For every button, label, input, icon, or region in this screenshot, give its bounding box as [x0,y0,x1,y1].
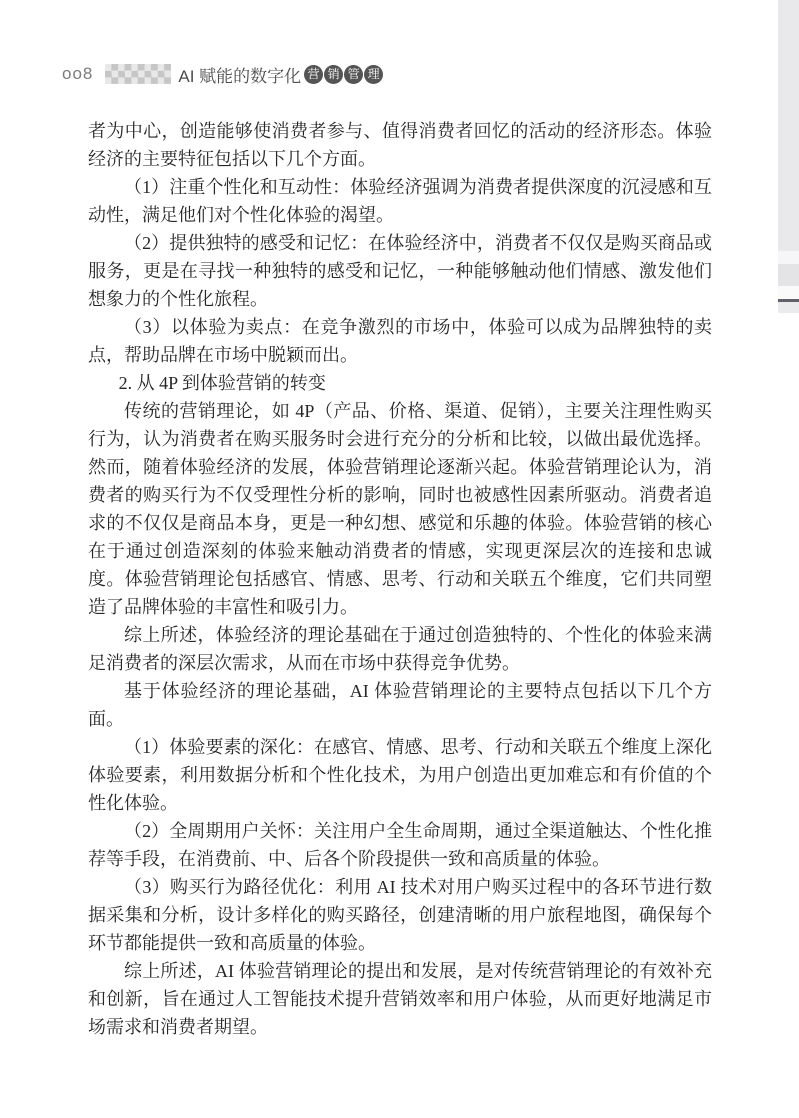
paragraph: （3）购买行为路径优化：利用 AI 技术对用户购买过程中的各环节进行数据采集和分… [88,873,712,957]
paragraph: （2）全周期用户关怀：关注用户全生命周期，通过全渠道触达、个性化推荐等手段，在消… [88,817,712,873]
body-text: 者为中心，创造能够使消费者参与、值得消费者回忆的活动的经济形态。体验经济的主要特… [88,117,712,1041]
paragraph: 基于体验经济的理论基础，AI 体验营销理论的主要特点包括以下几个方面。 [88,677,712,733]
page-edge-band [778,286,799,299]
paragraph: 2. 从 4P 到体验营销的转变 [88,369,712,397]
paragraph: 传统的营销理论，如 4P（产品、价格、渠道、促销），主要关注理性购买行为，认为消… [88,397,712,621]
book-page: oo8 AI 赋能的数字化营销管理 者为中心，创造能够使消费者参与、值得消费者回… [0,0,799,1118]
title-badge-icon: 营 [304,65,323,84]
book-title-badges: 营销管理 [303,65,383,84]
title-badge-icon: 理 [364,65,383,84]
paragraph: （1）注重个性化和互动性：体验经济强调为消费者提供深度的沉浸感和互动性，满足他们… [88,173,712,229]
page-edge-band [778,251,799,264]
page-header: oo8 AI 赋能的数字化营销管理 [62,62,383,86]
page-number: oo8 [62,64,93,84]
page-edge-band [778,302,799,313]
paragraph: 综上所述，AI 体验营销理论的提出和发展，是对传统营销理论的有效补充和创新，旨在… [88,957,712,1041]
checkerboard-pattern-icon [105,64,171,84]
paragraph: （2）提供独特的感受和记忆：在体验经济中，消费者不仅仅是购买商品或服务，更是在寻… [88,229,712,313]
title-badge-icon: 销 [324,65,343,84]
paragraph: （1）体验要素的深化：在感官、情感、思考、行动和关联五个维度上深化体验要素，利用… [88,733,712,817]
paragraph: 综上所述，体验经济的理论基础在于通过创造独特的、个性化的体验来满足消费者的深层次… [88,621,712,677]
page-edge-band [778,264,799,286]
paragraph: 者为中心，创造能够使消费者参与、值得消费者回忆的活动的经济形态。体验经济的主要特… [88,117,712,173]
title-badge-icon: 管 [344,65,363,84]
page-edge-band [778,0,799,251]
book-title: AI 赋能的数字化营销管理 [178,62,383,87]
book-title-text: AI 赋能的数字化 [178,62,301,87]
paragraph: （3）以体验为卖点：在竞争激烈的市场中，体验可以成为品牌独特的卖点，帮助品牌在市… [88,313,712,369]
